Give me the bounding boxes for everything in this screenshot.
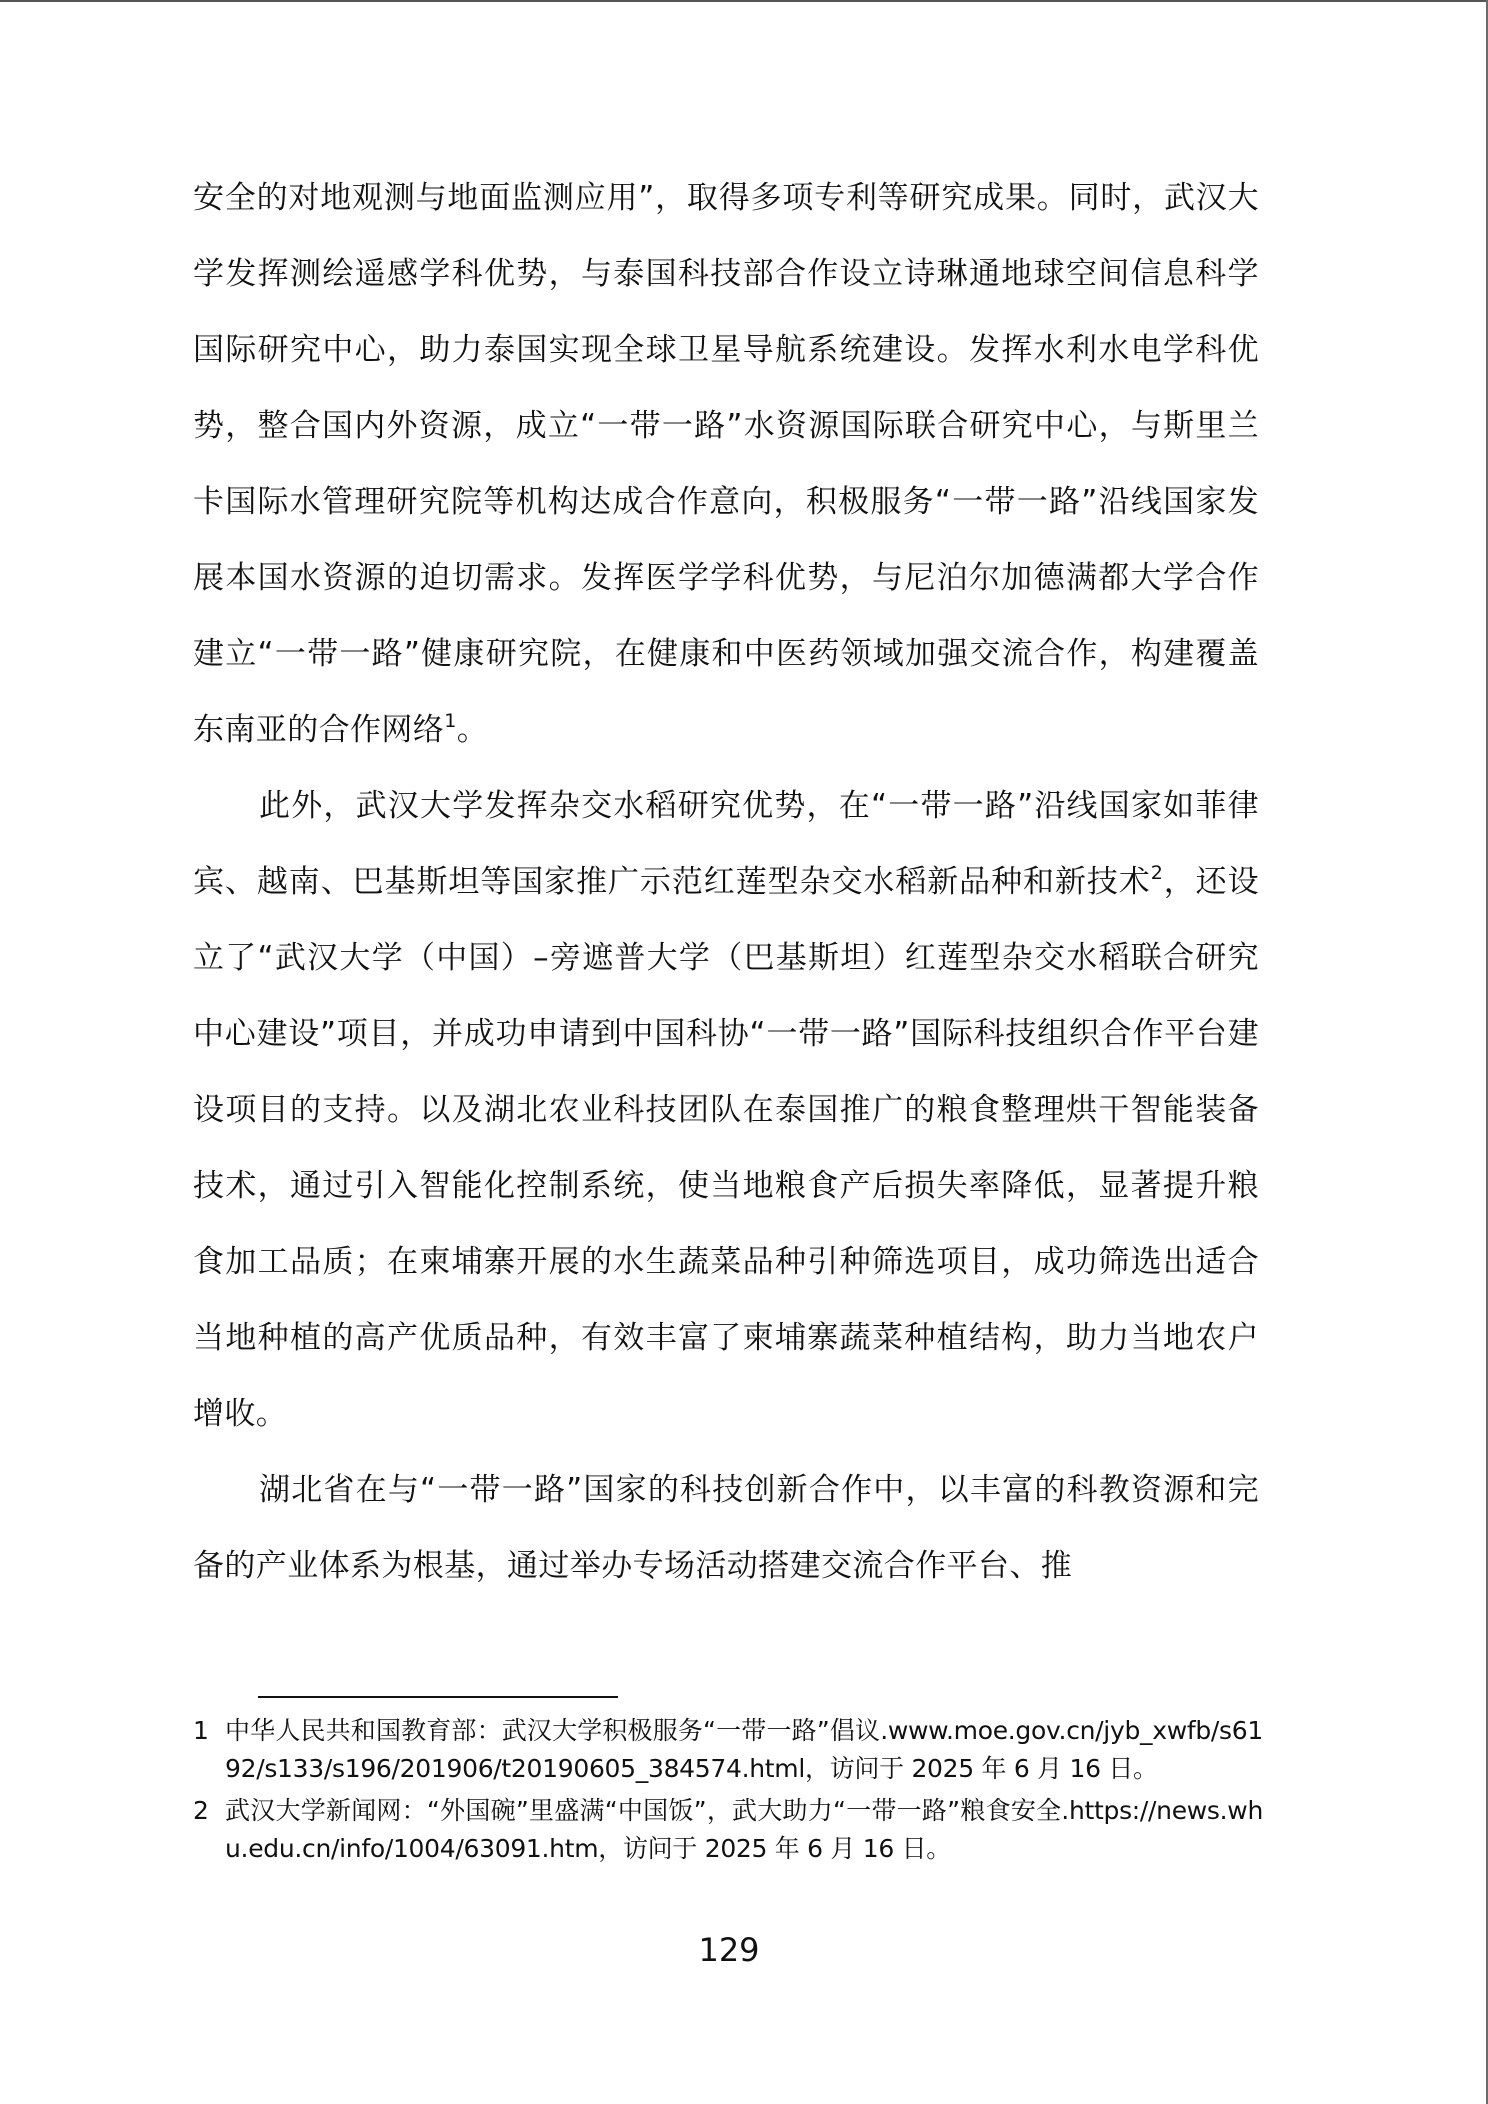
paragraph-3: 湖北省在与“一带一路”国家的科技创新合作中，以丰富的科教资源和完备的产业体系为根… bbox=[193, 1452, 1259, 1604]
page-border-top bbox=[0, 0, 1488, 2]
footnote-2: 2 武汉大学新闻网：“外国碗”里盛满“中国饭”，武大助力“一带一路”粮食安全.h… bbox=[193, 1792, 1263, 1868]
paragraph-1-end: 。 bbox=[457, 712, 488, 748]
footnote-ref-2[interactable]: 2 bbox=[1151, 862, 1164, 884]
paragraph-1: 安全的对地观测与地面监测应用”，取得多项专利等研究成果。同时，武汉大学发挥测绘遥… bbox=[193, 160, 1259, 768]
paragraph-2: 此外，武汉大学发挥杂交水稻研究优势，在“一带一路”沿线国家如菲律宾、越南、巴基斯… bbox=[193, 768, 1259, 1452]
footnote-1: 1 中华人民共和国教育部：武汉大学积极服务“一带一路”倡议.www.moe.go… bbox=[193, 1712, 1263, 1788]
footnote-number: 2 bbox=[193, 1792, 225, 1868]
paragraph-1-text: 安全的对地观测与地面监测应用”，取得多项专利等研究成果。同时，武汉大学发挥测绘遥… bbox=[193, 180, 1259, 748]
footnote-text: 中华人民共和国教育部：武汉大学积极服务“一带一路”倡议.www.moe.gov.… bbox=[225, 1712, 1263, 1788]
paragraph-2-rest: ，还设立了“武汉大学（中国）–旁遮普大学（巴基斯坦）红莲型杂交水稻联合研究中心建… bbox=[193, 864, 1259, 1432]
footnote-ref-1[interactable]: 1 bbox=[444, 710, 457, 732]
footnote-number: 1 bbox=[193, 1712, 225, 1788]
paragraph-2-text: 此外，武汉大学发挥杂交水稻研究优势，在“一带一路”沿线国家如菲律宾、越南、巴基斯… bbox=[193, 788, 1259, 900]
paragraph-3-text: 湖北省在与“一带一路”国家的科技创新合作中，以丰富的科教资源和完备的产业体系为根… bbox=[193, 1472, 1259, 1584]
page-number: 129 bbox=[0, 1930, 1458, 1970]
footnote-separator bbox=[258, 1696, 618, 1698]
body-text: 安全的对地观测与地面监测应用”，取得多项专利等研究成果。同时，武汉大学发挥测绘遥… bbox=[193, 160, 1259, 1604]
footnote-text: 武汉大学新闻网：“外国碗”里盛满“中国饭”，武大助力“一带一路”粮食安全.htt… bbox=[225, 1792, 1263, 1868]
footnotes: 1 中华人民共和国教育部：武汉大学积极服务“一带一路”倡议.www.moe.go… bbox=[193, 1712, 1263, 1872]
